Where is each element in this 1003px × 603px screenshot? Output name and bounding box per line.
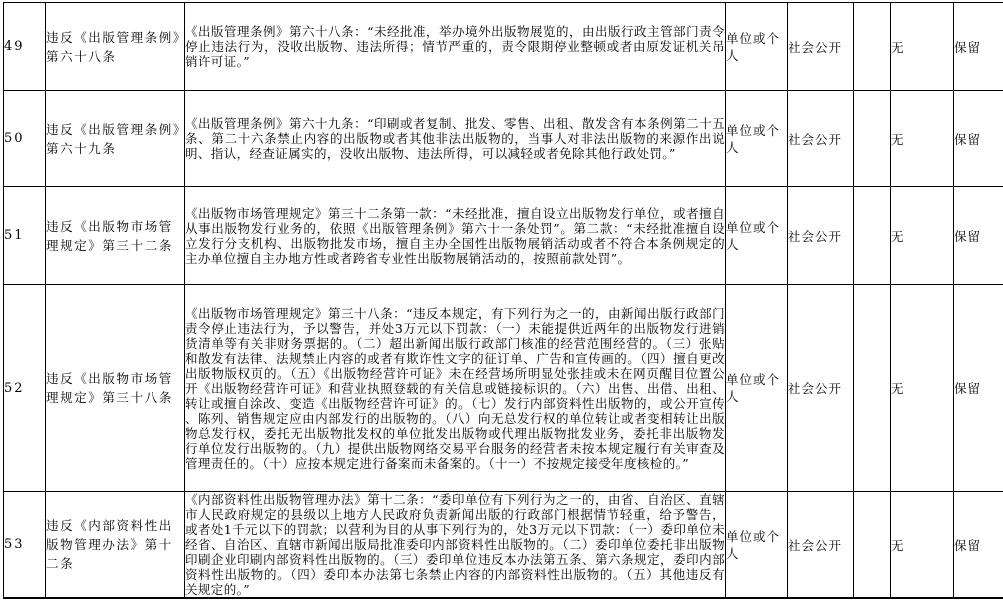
blank-cell bbox=[854, 3, 891, 91]
legal-text-cell: 《出版物市场管理规定》第三十八条：“违反本规定，有下列行为之一的，由新闻出版行政… bbox=[185, 285, 726, 492]
row-number-cell: 51 bbox=[4, 187, 46, 285]
subject-cell: 单位或个人 bbox=[726, 187, 788, 285]
remark-cell: 无 bbox=[891, 492, 954, 599]
legal-text-cell: 《出版物市场管理规定》第三十二条第一款：“未经批准，擅自设立出版物发行单位，或者… bbox=[185, 187, 726, 285]
document-page: 49 违反《出版管理条例》第六十八条 《出版管理条例》第六十八条：“未经批准，举… bbox=[0, 0, 1003, 603]
table-row: 52 违反《出版物市场管理规定》第三十八条 《出版物市场管理规定》第三十八条：“… bbox=[4, 285, 1003, 492]
penalty-items-table: 49 违反《出版管理条例》第六十八条 《出版管理条例》第六十八条：“未经批准，举… bbox=[3, 2, 1003, 599]
retain-cell: 保留 bbox=[954, 91, 1003, 187]
legal-text-cell: 《内部资料性出版物管理办法》第十二条：“委印单位有下列行为之一的，由省、自治区、… bbox=[185, 492, 726, 599]
violation-cell: 违反《出版管理条例》第六十九条 bbox=[46, 91, 185, 187]
disclosure-cell: 社会公开 bbox=[788, 187, 854, 285]
subject-cell: 单位或个人 bbox=[726, 91, 788, 187]
table-row: 51 违反《出版物市场管理规定》第三十二条 《出版物市场管理规定》第三十二条第一… bbox=[4, 187, 1003, 285]
blank-cell bbox=[854, 91, 891, 187]
violation-cell: 违反《出版物市场管理规定》第三十二条 bbox=[46, 187, 185, 285]
violation-cell: 违反《出版管理条例》第六十八条 bbox=[46, 3, 185, 91]
legal-text-cell: 《出版管理条例》第六十九条：“印刷或者复制、批发、零售、出租、散发含有本条例第二… bbox=[185, 91, 726, 187]
table-row: 53 违反《内部资料性出版物管理办法》第十二条 《内部资料性出版物管理办法》第十… bbox=[4, 492, 1003, 599]
row-number-cell: 50 bbox=[4, 91, 46, 187]
violation-cell: 违反《出版物市场管理规定》第三十八条 bbox=[46, 285, 185, 492]
disclosure-cell: 社会公开 bbox=[788, 285, 854, 492]
legal-text-cell: 《出版管理条例》第六十八条：“未经批准，举办境外出版物展览的，由出版行政主管部门… bbox=[185, 3, 726, 91]
blank-cell bbox=[854, 285, 891, 492]
retain-cell: 保留 bbox=[954, 187, 1003, 285]
violation-cell: 违反《内部资料性出版物管理办法》第十二条 bbox=[46, 492, 185, 599]
retain-cell: 保留 bbox=[954, 3, 1003, 91]
table-row: 49 违反《出版管理条例》第六十八条 《出版管理条例》第六十八条：“未经批准，举… bbox=[4, 3, 1003, 91]
subject-cell: 单位或个人 bbox=[726, 492, 788, 599]
retain-cell: 保留 bbox=[954, 285, 1003, 492]
subject-cell: 单位或个人 bbox=[726, 285, 788, 492]
blank-cell bbox=[854, 492, 891, 599]
remark-cell: 无 bbox=[891, 285, 954, 492]
row-number-cell: 53 bbox=[4, 492, 46, 599]
row-number-cell: 52 bbox=[4, 285, 46, 492]
disclosure-cell: 社会公开 bbox=[788, 91, 854, 187]
remark-cell: 无 bbox=[891, 187, 954, 285]
blank-cell bbox=[854, 187, 891, 285]
subject-cell: 单位或个人 bbox=[726, 3, 788, 91]
disclosure-cell: 社会公开 bbox=[788, 492, 854, 599]
row-number-cell: 49 bbox=[4, 3, 46, 91]
retain-cell: 保留 bbox=[954, 492, 1003, 599]
disclosure-cell: 社会公开 bbox=[788, 3, 854, 91]
remark-cell: 无 bbox=[891, 3, 954, 91]
remark-cell: 无 bbox=[891, 91, 954, 187]
table-row: 50 违反《出版管理条例》第六十九条 《出版管理条例》第六十九条：“印刷或者复制… bbox=[4, 91, 1003, 187]
